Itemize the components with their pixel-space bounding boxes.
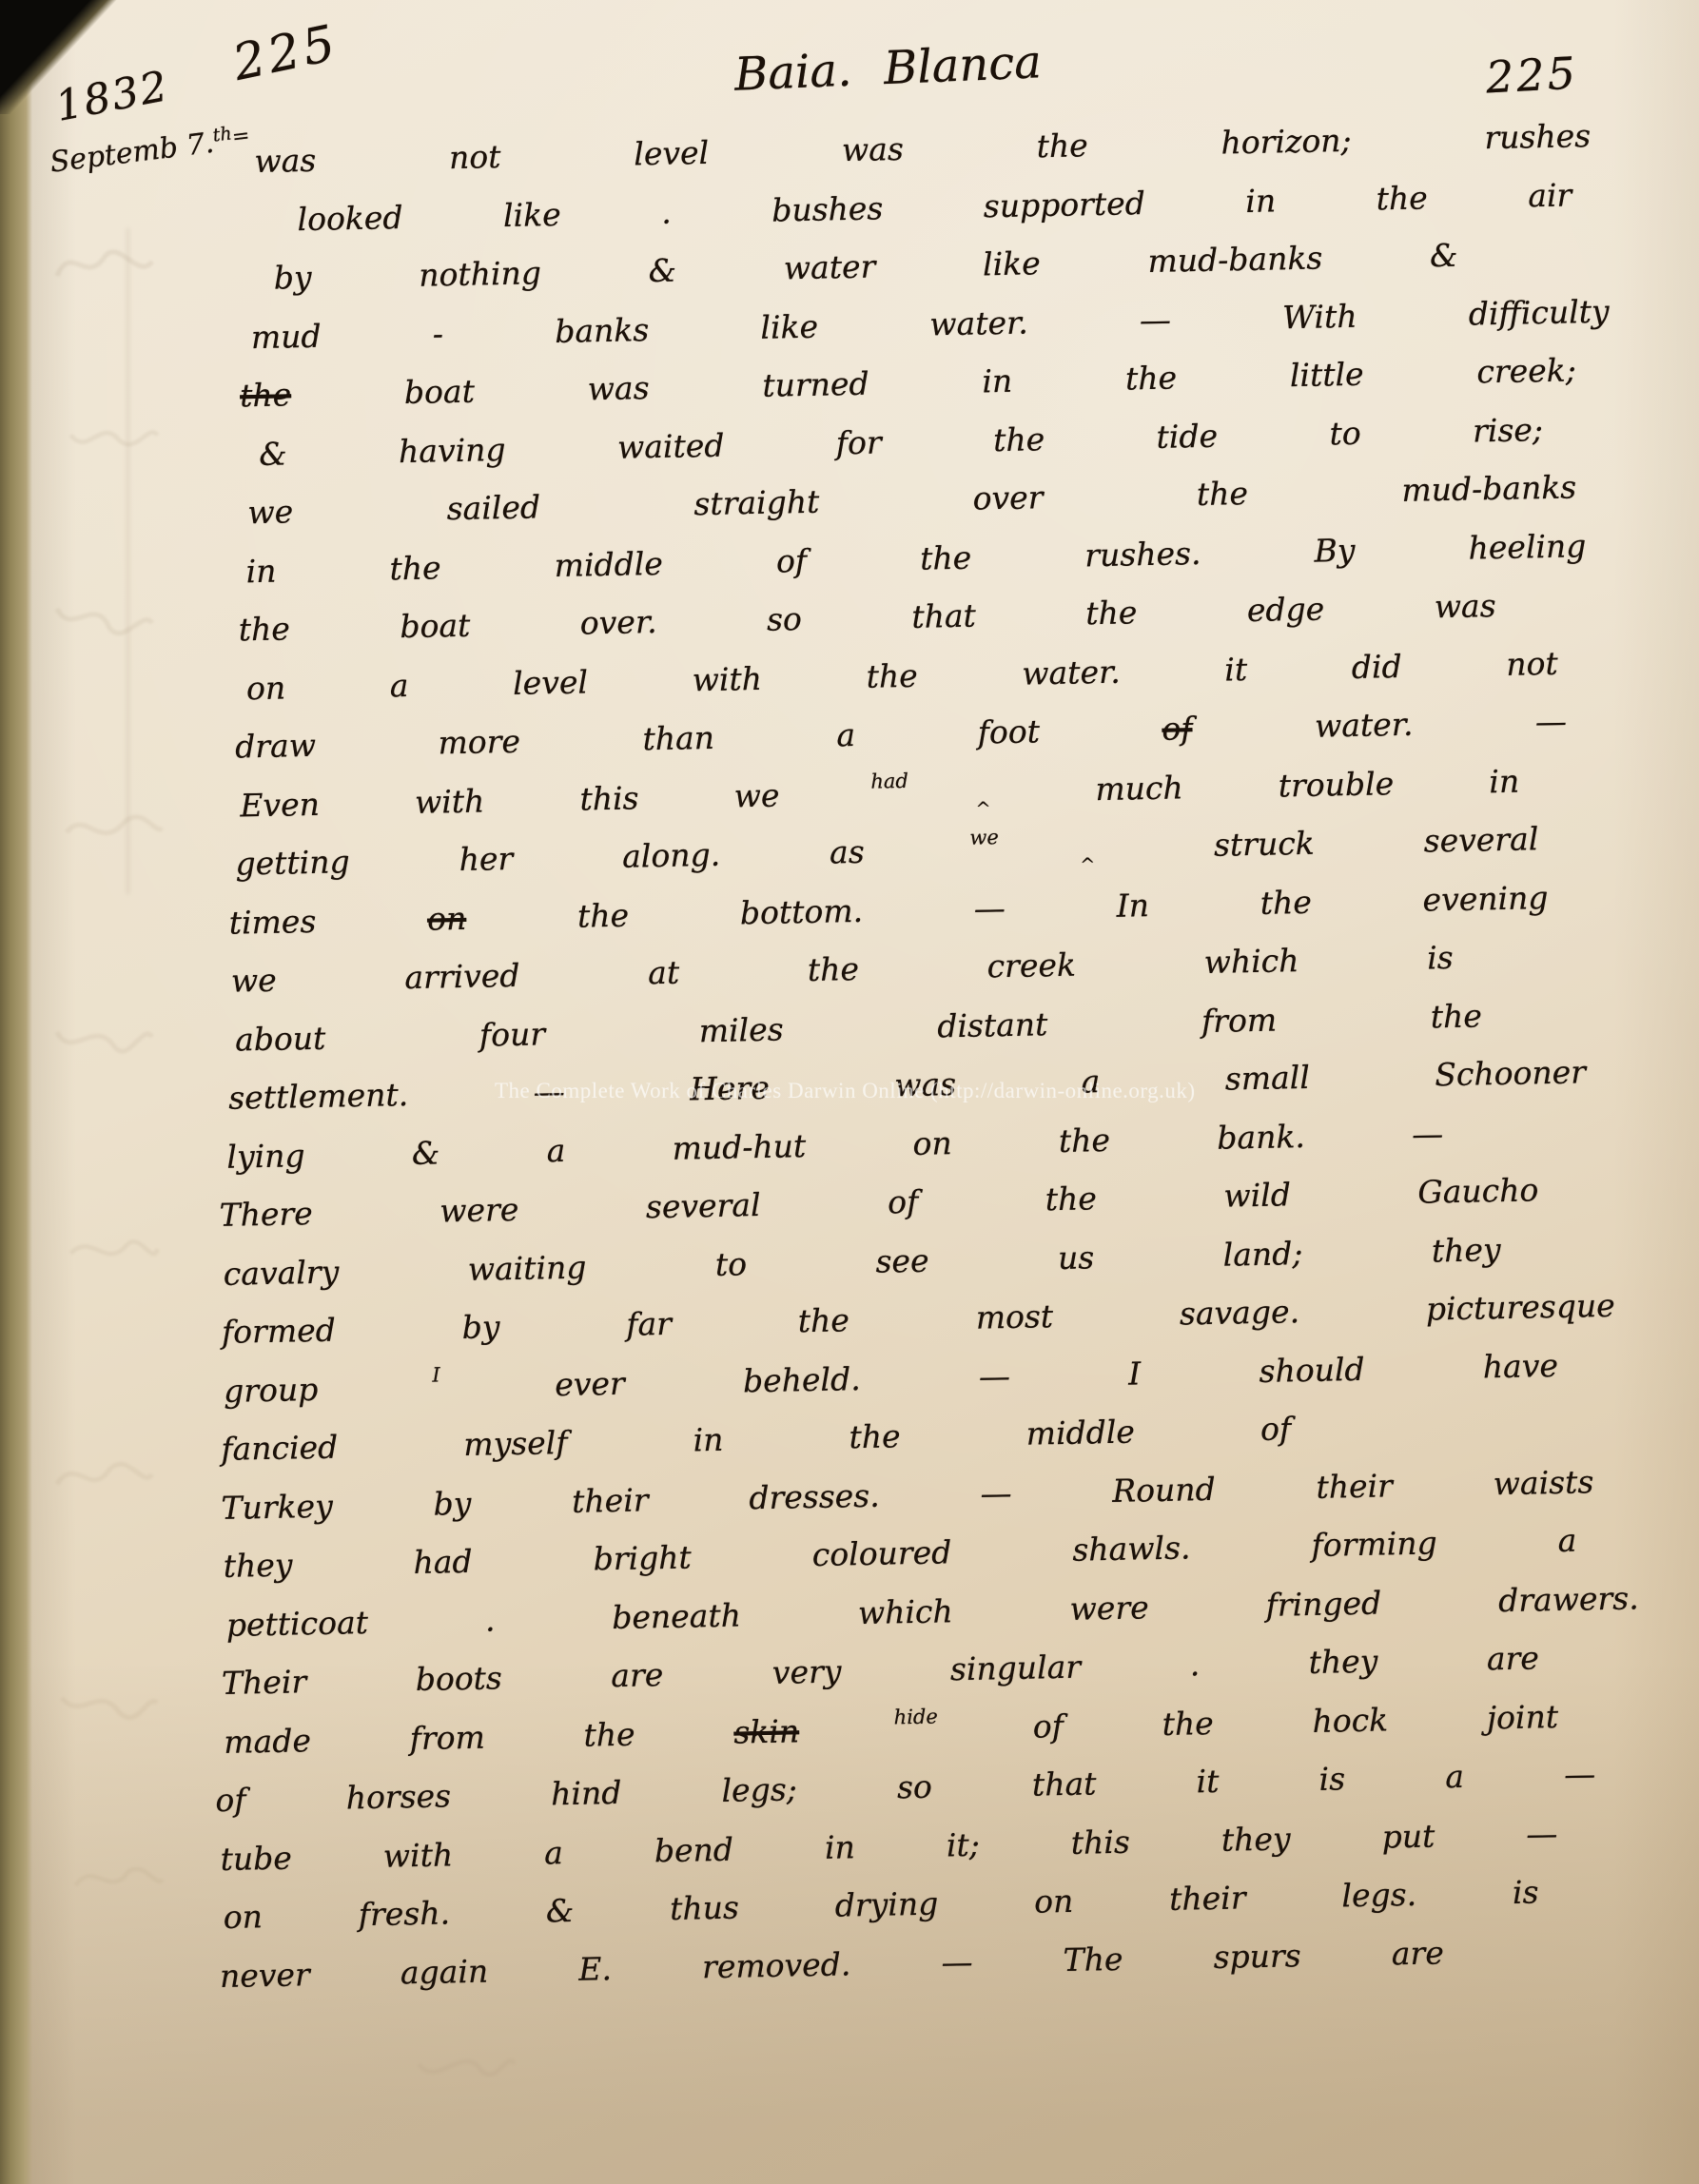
word: is (1513, 1873, 1539, 1911)
word: like (760, 307, 818, 345)
word: . (1189, 1646, 1200, 1683)
word: — (979, 1356, 1011, 1394)
margin-date-ordinal: th (211, 123, 232, 146)
word: by (433, 1484, 472, 1522)
word: several (1423, 820, 1538, 859)
word: put (1381, 1817, 1435, 1855)
word: it (1196, 1763, 1220, 1800)
word: drying (834, 1885, 938, 1924)
word: us (1058, 1238, 1095, 1277)
word: much (1095, 769, 1183, 808)
page-number-top: 225 (228, 14, 343, 92)
word: difficulty (1468, 292, 1610, 332)
word: from (409, 1718, 485, 1757)
word: the (866, 656, 918, 694)
word: singular (950, 1648, 1082, 1688)
word: bushes (771, 189, 884, 228)
word: legs. (1341, 1876, 1416, 1915)
word: the (1430, 997, 1482, 1035)
word: of (776, 541, 808, 579)
word: evening (1422, 879, 1549, 919)
word: fancied (221, 1429, 339, 1468)
word: have (1482, 1346, 1558, 1385)
word: by (273, 259, 312, 297)
word: There (219, 1195, 313, 1234)
word: edge (1247, 590, 1325, 629)
bleedthrough-squiggle (52, 1008, 157, 1065)
word: about (235, 1019, 326, 1058)
word: tide (1156, 417, 1218, 455)
word: in (825, 1828, 856, 1866)
word: cavalry (223, 1253, 339, 1292)
word: draw (235, 727, 317, 766)
margin-date-mark: = (231, 124, 249, 149)
word: myself (463, 1424, 568, 1463)
word: in (245, 552, 277, 590)
word: a (1445, 1758, 1464, 1795)
word: which (1203, 942, 1299, 981)
word: getting (235, 843, 350, 882)
word: the (238, 610, 290, 648)
word: & (1430, 237, 1458, 275)
word: their (572, 1481, 649, 1520)
word: I (1128, 1355, 1142, 1392)
word: thus (670, 1889, 739, 1927)
word: Turkey (221, 1487, 333, 1526)
word: arrived (404, 957, 520, 996)
word: like (503, 195, 561, 233)
word: shawls. (1072, 1529, 1191, 1568)
photo-background: { "header": { "year": "1832", "date_pref… (0, 0, 1699, 2184)
word: not (1506, 644, 1558, 682)
word: their (1169, 1879, 1246, 1918)
word: group (224, 1370, 319, 1409)
word: hide (893, 1705, 938, 1728)
word: as (830, 833, 865, 871)
word: than (642, 719, 714, 757)
word: petticoat (226, 1603, 369, 1643)
word: . (484, 1601, 495, 1638)
word: for (835, 423, 882, 461)
bleedthrough-squiggle (71, 1855, 166, 1907)
word: creek; (1476, 351, 1576, 390)
word: on (1034, 1882, 1074, 1921)
word: spurs (1213, 1937, 1301, 1976)
word: we (969, 826, 999, 849)
word: her (459, 840, 513, 878)
word: they (1308, 1643, 1377, 1681)
word: With (1282, 297, 1357, 335)
word: looked (297, 199, 403, 238)
word: bottom. (739, 891, 863, 930)
word: the (1036, 127, 1088, 165)
word: middle (1025, 1413, 1135, 1452)
word: so (767, 600, 803, 638)
word: a (546, 1131, 565, 1168)
word: savage. (1180, 1293, 1300, 1332)
word: waited (617, 426, 725, 465)
word: & (648, 252, 676, 290)
word: the (797, 1301, 849, 1339)
word: was (842, 130, 905, 168)
word: more (438, 723, 520, 762)
word: straight (693, 483, 820, 523)
word: are (611, 1656, 664, 1694)
bleedthrough-squiggle (67, 1227, 162, 1279)
word: several (646, 1186, 761, 1225)
word: are (1486, 1639, 1539, 1677)
word: air (1528, 176, 1572, 214)
word: had (413, 1543, 473, 1581)
watermark: The Complete Work of Charles Darwin Onli… (495, 1079, 1218, 1103)
word: of (1162, 710, 1193, 748)
word: four (479, 1015, 546, 1053)
word: the (993, 420, 1045, 458)
word: on (223, 1898, 263, 1936)
word: — (1534, 703, 1567, 741)
word: that (1032, 1765, 1097, 1803)
word: Their (222, 1663, 307, 1702)
word: — (1564, 1755, 1596, 1793)
word: dresses. (749, 1476, 880, 1516)
word: far (626, 1305, 672, 1343)
word: rushes. (1084, 534, 1201, 573)
word: skin (733, 1712, 799, 1750)
word: mud-banks (1147, 239, 1323, 280)
word: & (412, 1134, 440, 1172)
word: the (807, 950, 859, 988)
word: . (661, 193, 672, 230)
word: was (1434, 587, 1496, 625)
word: little (1289, 356, 1363, 394)
word: distant (937, 1005, 1048, 1044)
word: Round (1112, 1470, 1216, 1509)
word: they (1221, 1820, 1290, 1858)
word: waiting (467, 1248, 586, 1287)
page-title: Baia.Blanca (733, 35, 1043, 101)
word: waists (1493, 1463, 1593, 1502)
word: of (215, 1781, 246, 1819)
word: rushes (1484, 117, 1591, 156)
word: we (247, 493, 294, 531)
word: were (439, 1191, 519, 1230)
word: is (1427, 939, 1454, 977)
word: had (870, 769, 908, 792)
word: horses (345, 1777, 451, 1816)
word: By (1314, 531, 1356, 569)
word: a (389, 666, 408, 703)
word: struck (1214, 825, 1315, 864)
word: bank. (1217, 1117, 1305, 1156)
word: horizon; (1221, 122, 1352, 162)
word: the (240, 376, 292, 414)
word: to (715, 1245, 748, 1283)
word: on (912, 1124, 952, 1162)
word: the (1162, 1704, 1214, 1742)
word: forming (1311, 1524, 1437, 1564)
word: the (1260, 883, 1312, 921)
page-crease (127, 228, 129, 894)
word: of (888, 1183, 919, 1221)
word: the (849, 1417, 901, 1455)
bleedthrough-squiggle (57, 1674, 162, 1731)
word: the (1085, 594, 1138, 632)
word: legs; (721, 1770, 797, 1809)
word: mud (251, 317, 322, 355)
word: very (771, 1652, 841, 1690)
word: the (1045, 1180, 1097, 1218)
word: at (648, 954, 680, 992)
word: their (1316, 1467, 1393, 1506)
word: never (220, 1956, 310, 1995)
word: fresh. (358, 1894, 450, 1933)
word: a (1557, 1522, 1576, 1559)
word: bright (593, 1538, 692, 1577)
word: in (1489, 762, 1520, 800)
word: turned (762, 365, 869, 404)
word: should (1259, 1350, 1365, 1389)
word: — (1140, 301, 1172, 339)
word: were (1069, 1589, 1149, 1628)
word: bend (654, 1830, 734, 1869)
word: level (513, 663, 589, 702)
word: a (544, 1834, 563, 1871)
word: coloured (811, 1533, 951, 1573)
bleedthrough-squiggle (62, 799, 166, 856)
word: most (975, 1297, 1053, 1336)
word: rise; (1473, 411, 1544, 449)
word: Even (240, 785, 320, 824)
word: in (693, 1421, 724, 1459)
word: ever (555, 1364, 625, 1402)
word: was (254, 142, 317, 180)
word: joint (1486, 1697, 1558, 1735)
word: small (1224, 1059, 1310, 1098)
word: drawers. (1498, 1579, 1639, 1619)
word: a (836, 716, 855, 753)
page-number-right: 225 (1485, 48, 1580, 104)
word: see (875, 1241, 929, 1279)
word: with (382, 1836, 453, 1874)
bleedthrough-squiggle (52, 1446, 157, 1503)
margin-date-text: Septemb 7. (49, 127, 216, 180)
word: water. (1315, 706, 1414, 745)
bleedthrough-squiggle (48, 590, 162, 647)
word: Schooner (1435, 1053, 1586, 1093)
word: are (1391, 1934, 1444, 1972)
word: of (1260, 1410, 1292, 1448)
word: & (259, 435, 287, 473)
word: picturesque (1425, 1287, 1615, 1328)
word: & (546, 1892, 575, 1930)
word: hock (1312, 1701, 1388, 1740)
word: it; (946, 1825, 980, 1863)
word: made (224, 1722, 311, 1761)
word: again (400, 1952, 489, 1991)
word: heeling (1468, 527, 1587, 566)
word: mud-hut (672, 1127, 806, 1167)
word: E. (578, 1950, 612, 1988)
word: boots (415, 1659, 502, 1698)
word: tube (220, 1839, 292, 1877)
word: the (920, 538, 972, 576)
page-title-word1: Baia. (733, 44, 852, 102)
word: the (1059, 1121, 1111, 1159)
word: this (1070, 1823, 1130, 1861)
word: settlement. (228, 1076, 409, 1117)
word: — (941, 1942, 973, 1980)
word: miles (698, 1010, 784, 1049)
word: nothing (419, 254, 541, 293)
word: water (783, 247, 875, 286)
word: they (1432, 1231, 1501, 1269)
word: which (857, 1592, 953, 1631)
word: to (1329, 414, 1361, 452)
margin-date: Septemb 7.th= (49, 121, 250, 179)
word: the (577, 896, 630, 934)
word: — (980, 1473, 1012, 1511)
word: the (583, 1715, 635, 1753)
word: hind (551, 1774, 622, 1812)
bleedthrough-squiggle (67, 409, 162, 461)
word: with (415, 782, 485, 820)
word: level (634, 134, 710, 173)
word: the (389, 549, 441, 587)
word: foot (977, 712, 1040, 751)
word: land; (1222, 1235, 1302, 1274)
word: — (1526, 1815, 1558, 1853)
word: beneath (612, 1596, 741, 1636)
word: the (1125, 359, 1178, 397)
word: of (1032, 1706, 1064, 1745)
word: we (231, 962, 278, 1000)
word: so (897, 1768, 933, 1806)
word: water. (929, 303, 1028, 342)
word: mud-banks (1401, 468, 1577, 509)
page-title-word2: Blanca (883, 35, 1043, 95)
word: The (1063, 1940, 1123, 1978)
word: not (449, 138, 501, 176)
word: it (1224, 651, 1248, 688)
word: in (1245, 182, 1277, 220)
word: I (432, 1363, 440, 1386)
word: water. (1022, 653, 1121, 692)
word: fringed (1265, 1584, 1381, 1623)
word: lying (226, 1137, 305, 1176)
word: beheld. (743, 1360, 861, 1399)
word: wild (1223, 1176, 1291, 1214)
book-edge (0, 0, 32, 2184)
word: did (1351, 647, 1402, 685)
word: like (983, 244, 1041, 283)
word: formed (222, 1312, 337, 1351)
word: creek (986, 946, 1076, 985)
word: this (579, 779, 639, 817)
word: is (1318, 1760, 1345, 1798)
manuscript-body: wasnotlevelwasthehorizon;rusheslookedlik… (254, 117, 1631, 2015)
word: was (587, 369, 650, 407)
word: banks (555, 311, 650, 350)
word: from (1201, 1001, 1278, 1040)
word: Gaucho (1417, 1171, 1539, 1210)
word: boat (404, 373, 476, 411)
word: by (461, 1308, 500, 1346)
word: middle (554, 544, 663, 583)
word: — (973, 888, 1006, 926)
bleedthrough-squiggle (52, 238, 157, 295)
word: supported (983, 185, 1145, 224)
word: the (1197, 475, 1249, 513)
word: boat (400, 607, 471, 645)
word: on (246, 669, 286, 707)
word: removed. (702, 1945, 851, 1985)
word: — (1412, 1115, 1444, 1153)
word: on (427, 899, 467, 937)
word: in (982, 362, 1013, 400)
word: trouble (1278, 765, 1394, 804)
word: with (692, 659, 762, 697)
word: over. (579, 603, 656, 642)
word: they (223, 1547, 292, 1585)
word: - (432, 315, 443, 352)
word: having (399, 430, 506, 469)
bleedthrough-squiggle (400, 2036, 533, 2093)
word: sailed (446, 488, 540, 527)
word: the (1376, 179, 1428, 217)
word: over (972, 478, 1044, 517)
word: In (1116, 887, 1149, 925)
word: times (228, 902, 316, 941)
word: that (911, 597, 976, 635)
word: along. (622, 836, 721, 875)
word: we (733, 776, 780, 814)
journal-page: 225 1832 Septemb 7.th= Baia.Blanca 225 w… (0, 0, 1699, 2184)
